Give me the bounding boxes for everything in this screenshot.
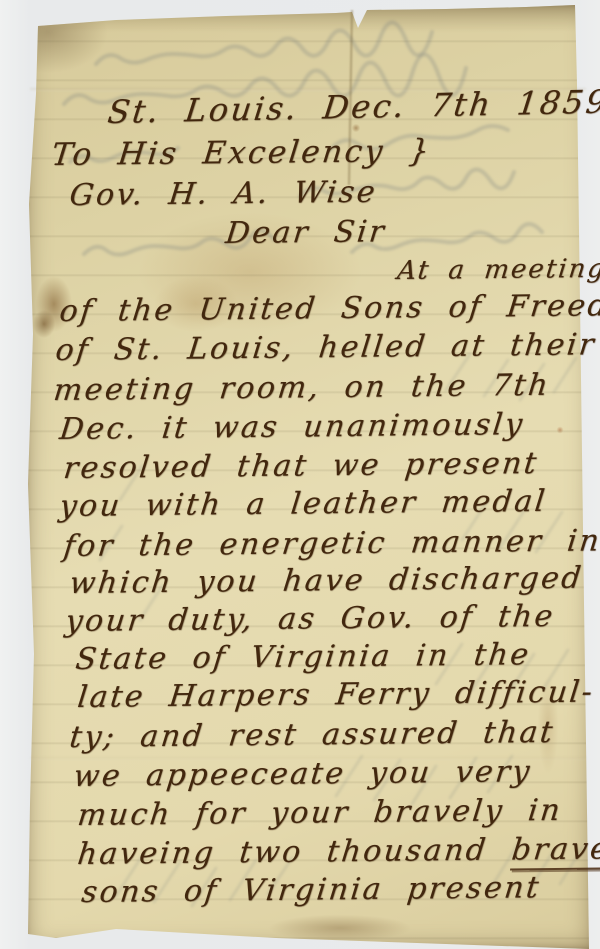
body-line: of the United Sons of Freedom (58, 291, 600, 327)
address-line-2: Gov. H. A. Wise (68, 178, 379, 211)
body-line: much for your bravely in (76, 796, 564, 831)
date-line: St. Louis. Dec. 7th 1859 (106, 86, 600, 128)
body-line: your duty, as Gov. of the (64, 602, 556, 637)
body-line-with-underline: haveing two thousand brave (76, 834, 600, 870)
scanned-letter-page: St. Louis. Dec. 7th 1859 To His Excelenc… (0, 0, 600, 949)
underlined-word: brave (509, 831, 600, 870)
body-line: ty; and rest assured that (68, 718, 556, 753)
body-line: State of Virginia in the (74, 640, 532, 675)
body-line: you with a leather medal (58, 487, 549, 522)
address-line-1: To His Excelency } (50, 136, 433, 171)
body-line: we appeeceate you very (72, 757, 533, 792)
body-line: for the energetic manner in (62, 526, 600, 562)
body-line: At a meeting (396, 256, 600, 284)
body-line: resolved that we present (62, 449, 540, 484)
body-line-prefix: haveing two thousand (76, 832, 514, 872)
body-line: meeting room, on the 7th (52, 371, 552, 406)
body-line: of St. Louis, helled at their (54, 330, 598, 366)
body-line: Dec. it was unanimously (58, 410, 526, 445)
salutation-line: Dear Sir (224, 217, 388, 249)
body-line: late Harpers Ferry difficul- (76, 678, 596, 713)
closing-line: sons of Virginia present (80, 873, 542, 908)
body-line: which you have discharged (68, 564, 585, 599)
